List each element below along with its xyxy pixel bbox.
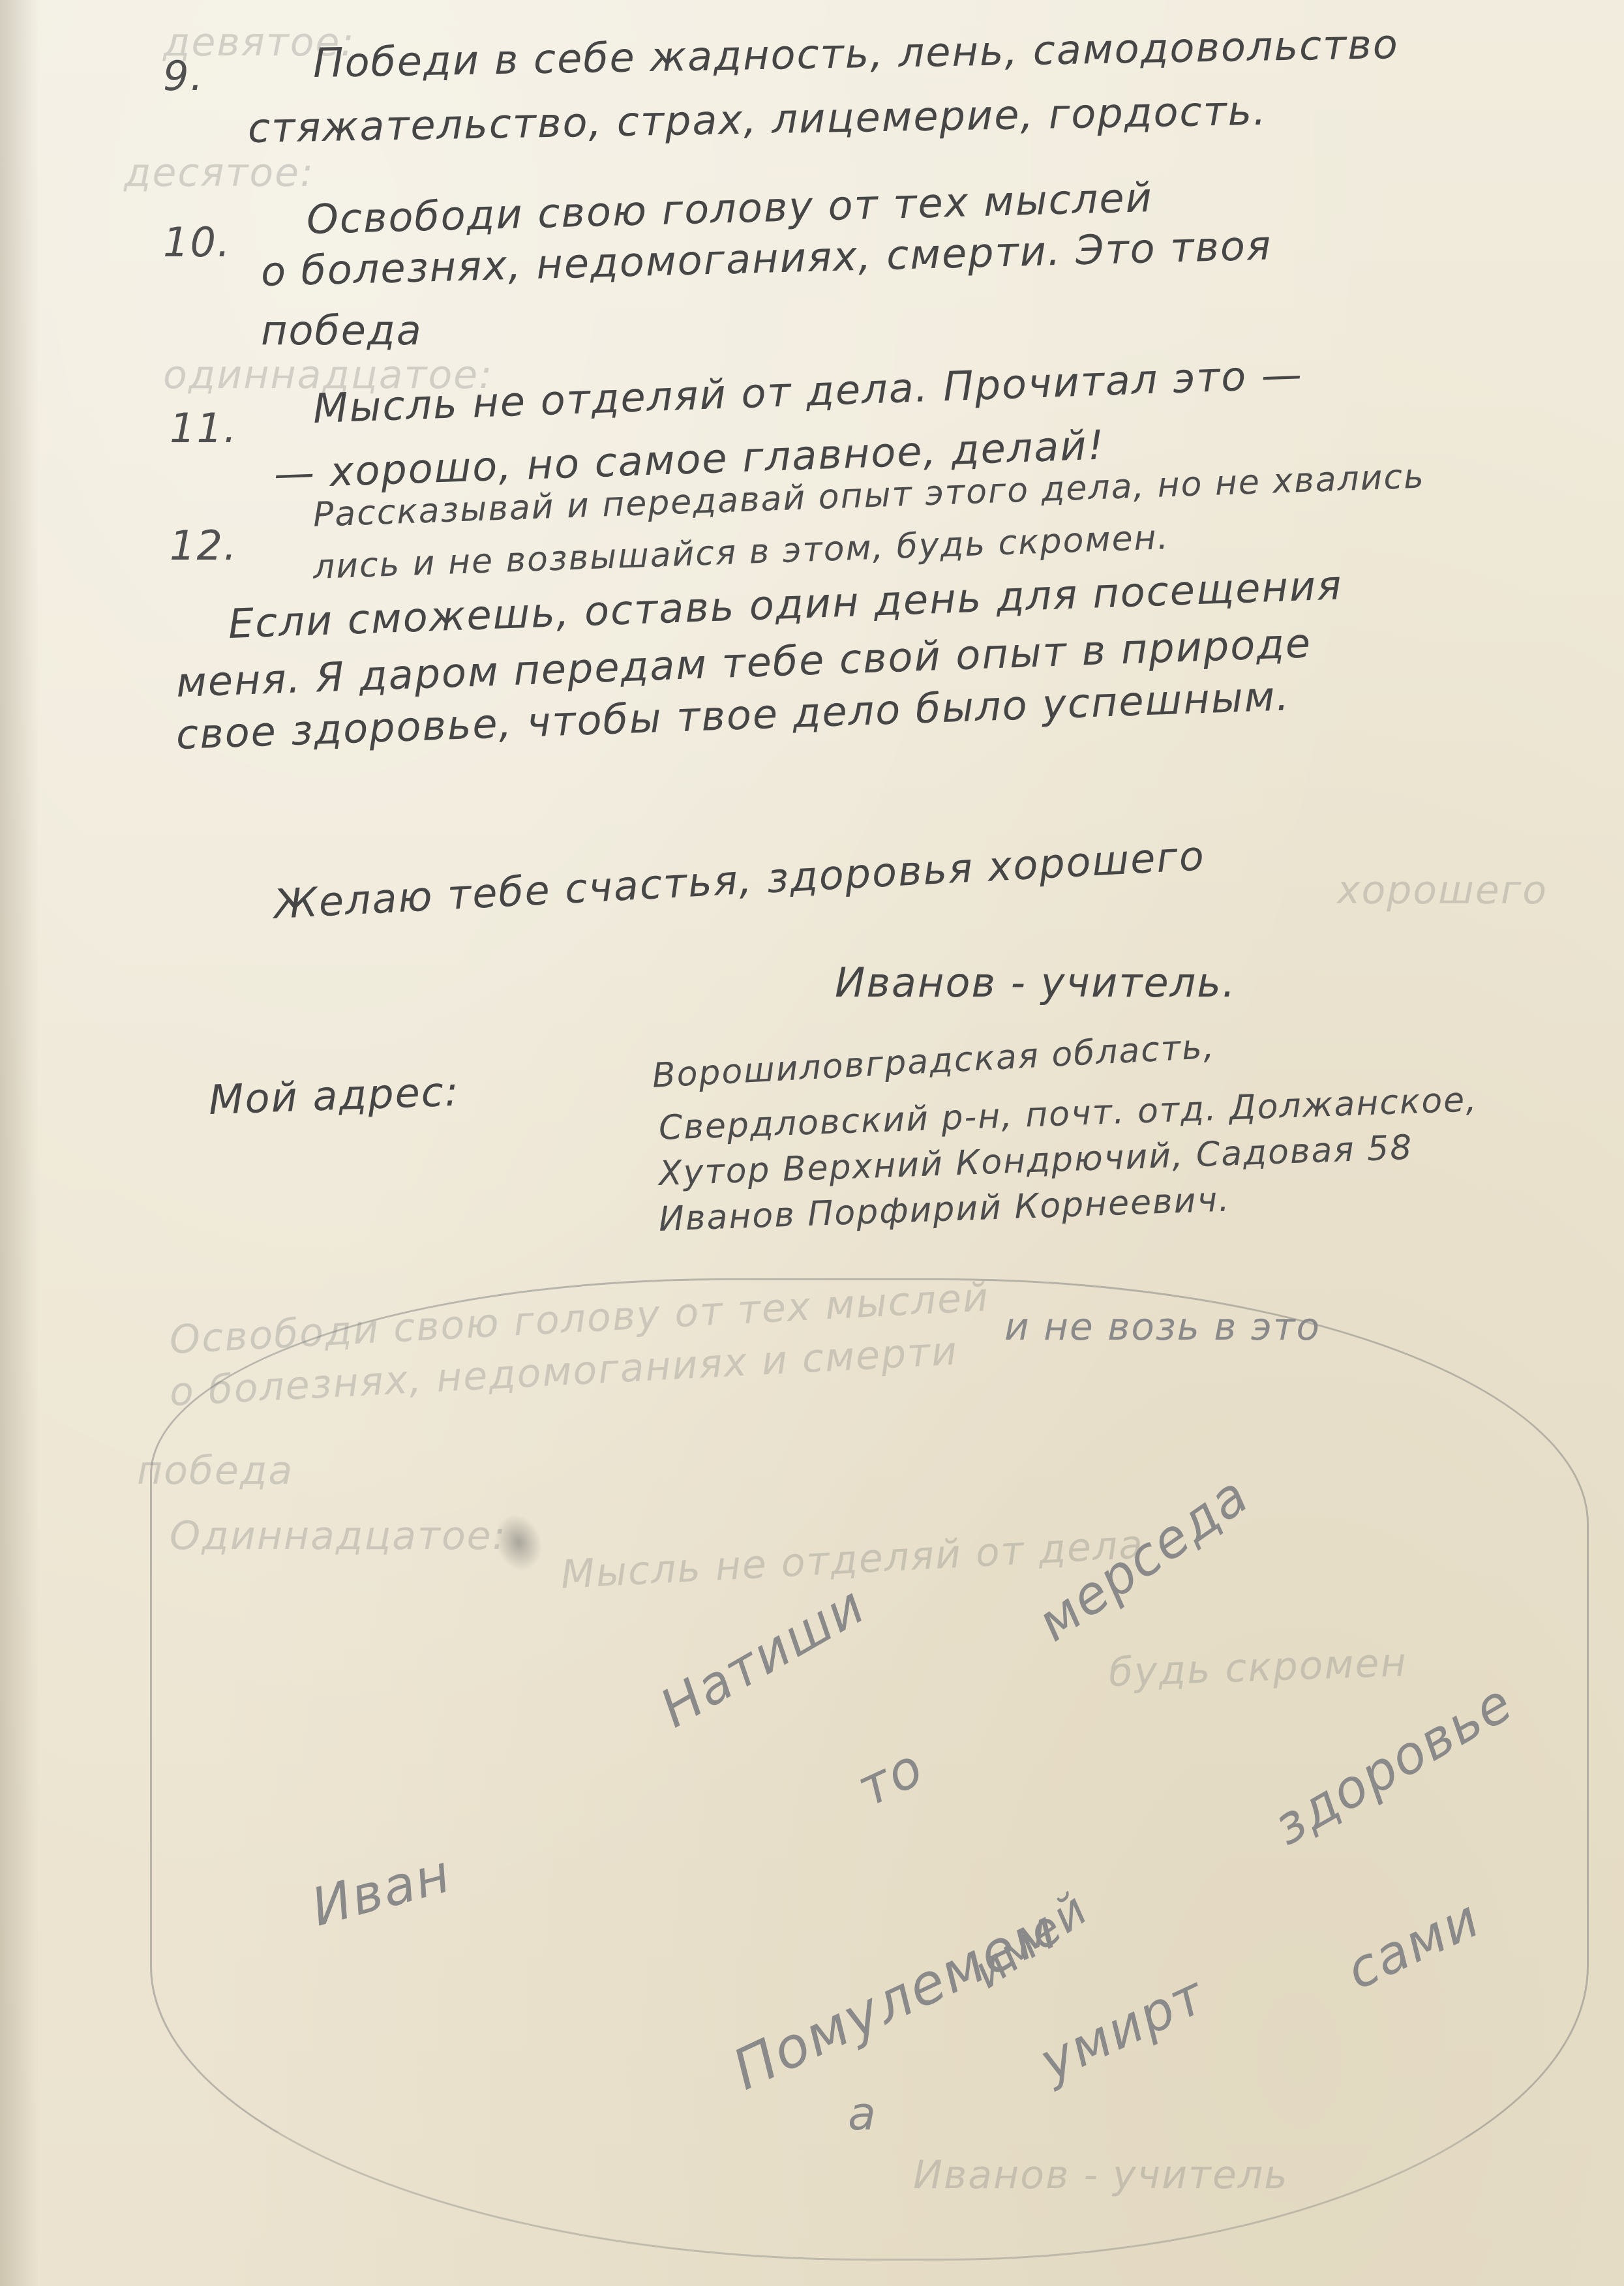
ghost-heading-left-1: десятое: [124,150,314,196]
address-label: Мой адрес: [208,1068,460,1124]
item-number-9: 9. [163,52,204,100]
item-number-12: 12. [170,522,238,569]
item-10-line-3: победа [261,307,423,354]
bleed-line-h: хорошего [1337,867,1548,913]
pencil-note-8: а [848,2087,877,2141]
item-number-10: 10. [163,218,232,266]
item-number-11: 11. [170,404,238,452]
signature: Иванов - учитель. [835,959,1236,1006]
paper-edge-shadow [0,0,39,2286]
pencil-note-1: и не возь в это [1004,1304,1321,1349]
